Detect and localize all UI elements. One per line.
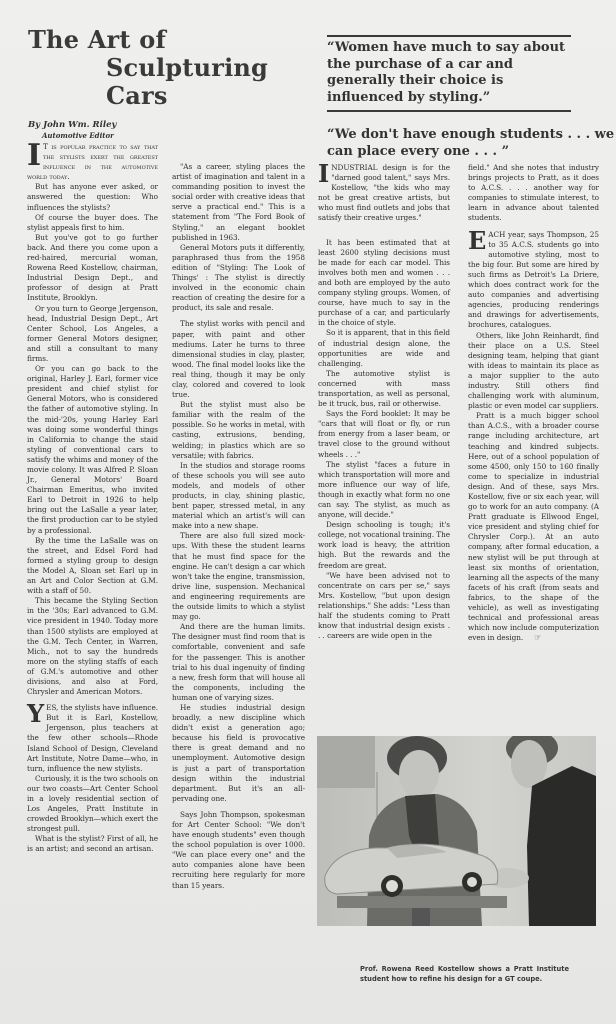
- pull-quote-students: “We don't have enough students . . . we …: [327, 127, 616, 160]
- paragraph: So it is apparent, that in this field of…: [318, 328, 450, 368]
- byline: By John Wm. Riley Automotive Editor: [28, 120, 116, 140]
- paragraph: What is the stylist? First of all, he is…: [27, 834, 158, 854]
- paragraph: Says the Ford booklet: It may be "cars t…: [318, 409, 450, 459]
- paragraph: Or you can go back to the original, Harl…: [27, 364, 158, 536]
- column-4: field." And she notes that industry brin…: [468, 163, 599, 643]
- column-2: "As a career, styling places the artist …: [172, 162, 305, 891]
- column-3: INDUSTRIAL design is for the "darned goo…: [318, 163, 450, 641]
- author-role: Automotive Editor: [28, 131, 116, 140]
- photo-kostellow-student-gt-model: [317, 736, 596, 926]
- title-line-1: The Art of: [28, 26, 308, 54]
- paragraph: In the studios and storage rooms of thes…: [172, 461, 305, 532]
- paragraph: This became the Styling Section in the '…: [27, 596, 158, 697]
- paragraph: "As a career, styling places the artist …: [172, 162, 305, 243]
- paragraph: And there are the human limits. The desi…: [172, 622, 305, 703]
- paragraph: But the stylist must also be familiar wi…: [172, 400, 305, 461]
- paragraph: He studies industrial design broadly, a …: [172, 703, 305, 804]
- author-name: By John Wm. Riley: [28, 120, 116, 130]
- intro-paragraph: IT is popular practice to say that the s…: [27, 142, 158, 182]
- paragraph: But you've got to go further back. And t…: [27, 233, 158, 304]
- pull-quote-women: “Women have much to say about the purcha…: [327, 35, 571, 112]
- drop-cap: I: [27, 143, 41, 169]
- paragraph: field." And she notes that industry brin…: [468, 163, 599, 224]
- drop-cap: Y: [27, 704, 44, 724]
- paragraph: Says John Thompson, spokesman for Art Ce…: [172, 810, 305, 891]
- drop-cap: I: [318, 164, 329, 184]
- drop-cap: E: [468, 231, 486, 251]
- paragraph: General Motors puts it differently, para…: [172, 243, 305, 314]
- end-mark-icon: ☞: [526, 633, 541, 643]
- article-title: The Art of Sculpturing Cars: [28, 26, 308, 110]
- section-paragraph: INDUSTRIAL design is for the "darned goo…: [318, 163, 450, 224]
- paragraph: Design schooling is tough; it's college,…: [318, 520, 450, 570]
- paragraph: "We have been advised not to concentrate…: [318, 571, 450, 642]
- section-paragraph: YES, the stylists have influence. But it…: [27, 703, 158, 774]
- newspaper-page: The Art of Sculpturing Cars By John Wm. …: [0, 0, 616, 1024]
- paragraph: The automotive stylist is concerned with…: [318, 369, 450, 409]
- column-1: IT is popular practice to say that the s…: [27, 142, 158, 855]
- paragraph: Of course the buyer does. The stylist ap…: [27, 213, 158, 233]
- section-paragraph: EACH year, says Thompson, 25 to 35 A.C.S…: [468, 230, 599, 331]
- photo-caption: Prof. Rowena Reed Kostellow shows a Prat…: [360, 964, 569, 984]
- paragraph: There are also full sized mock-ups. With…: [172, 531, 305, 622]
- paragraph: Pratt is a much bigger school than A.C.S…: [468, 411, 599, 643]
- paragraph: By the time the LaSalle was on the stree…: [27, 536, 158, 597]
- paragraph: Curiously, it is the two schools on our …: [27, 774, 158, 835]
- paragraph: But has anyone ever asked, or answered t…: [27, 182, 158, 212]
- paragraph: Others, like John Reinhardt, find their …: [468, 331, 599, 412]
- paragraph: It has been estimated that at least 2600…: [318, 238, 450, 329]
- paragraph: The stylist "faces a future in which tra…: [318, 460, 450, 521]
- paragraph: Or you turn to George Jergenson, head, I…: [27, 304, 158, 365]
- title-line-2: Sculpturing Cars: [28, 54, 308, 110]
- photo-illustration: [317, 736, 596, 926]
- paragraph: The stylist works with pencil and paper,…: [172, 319, 305, 400]
